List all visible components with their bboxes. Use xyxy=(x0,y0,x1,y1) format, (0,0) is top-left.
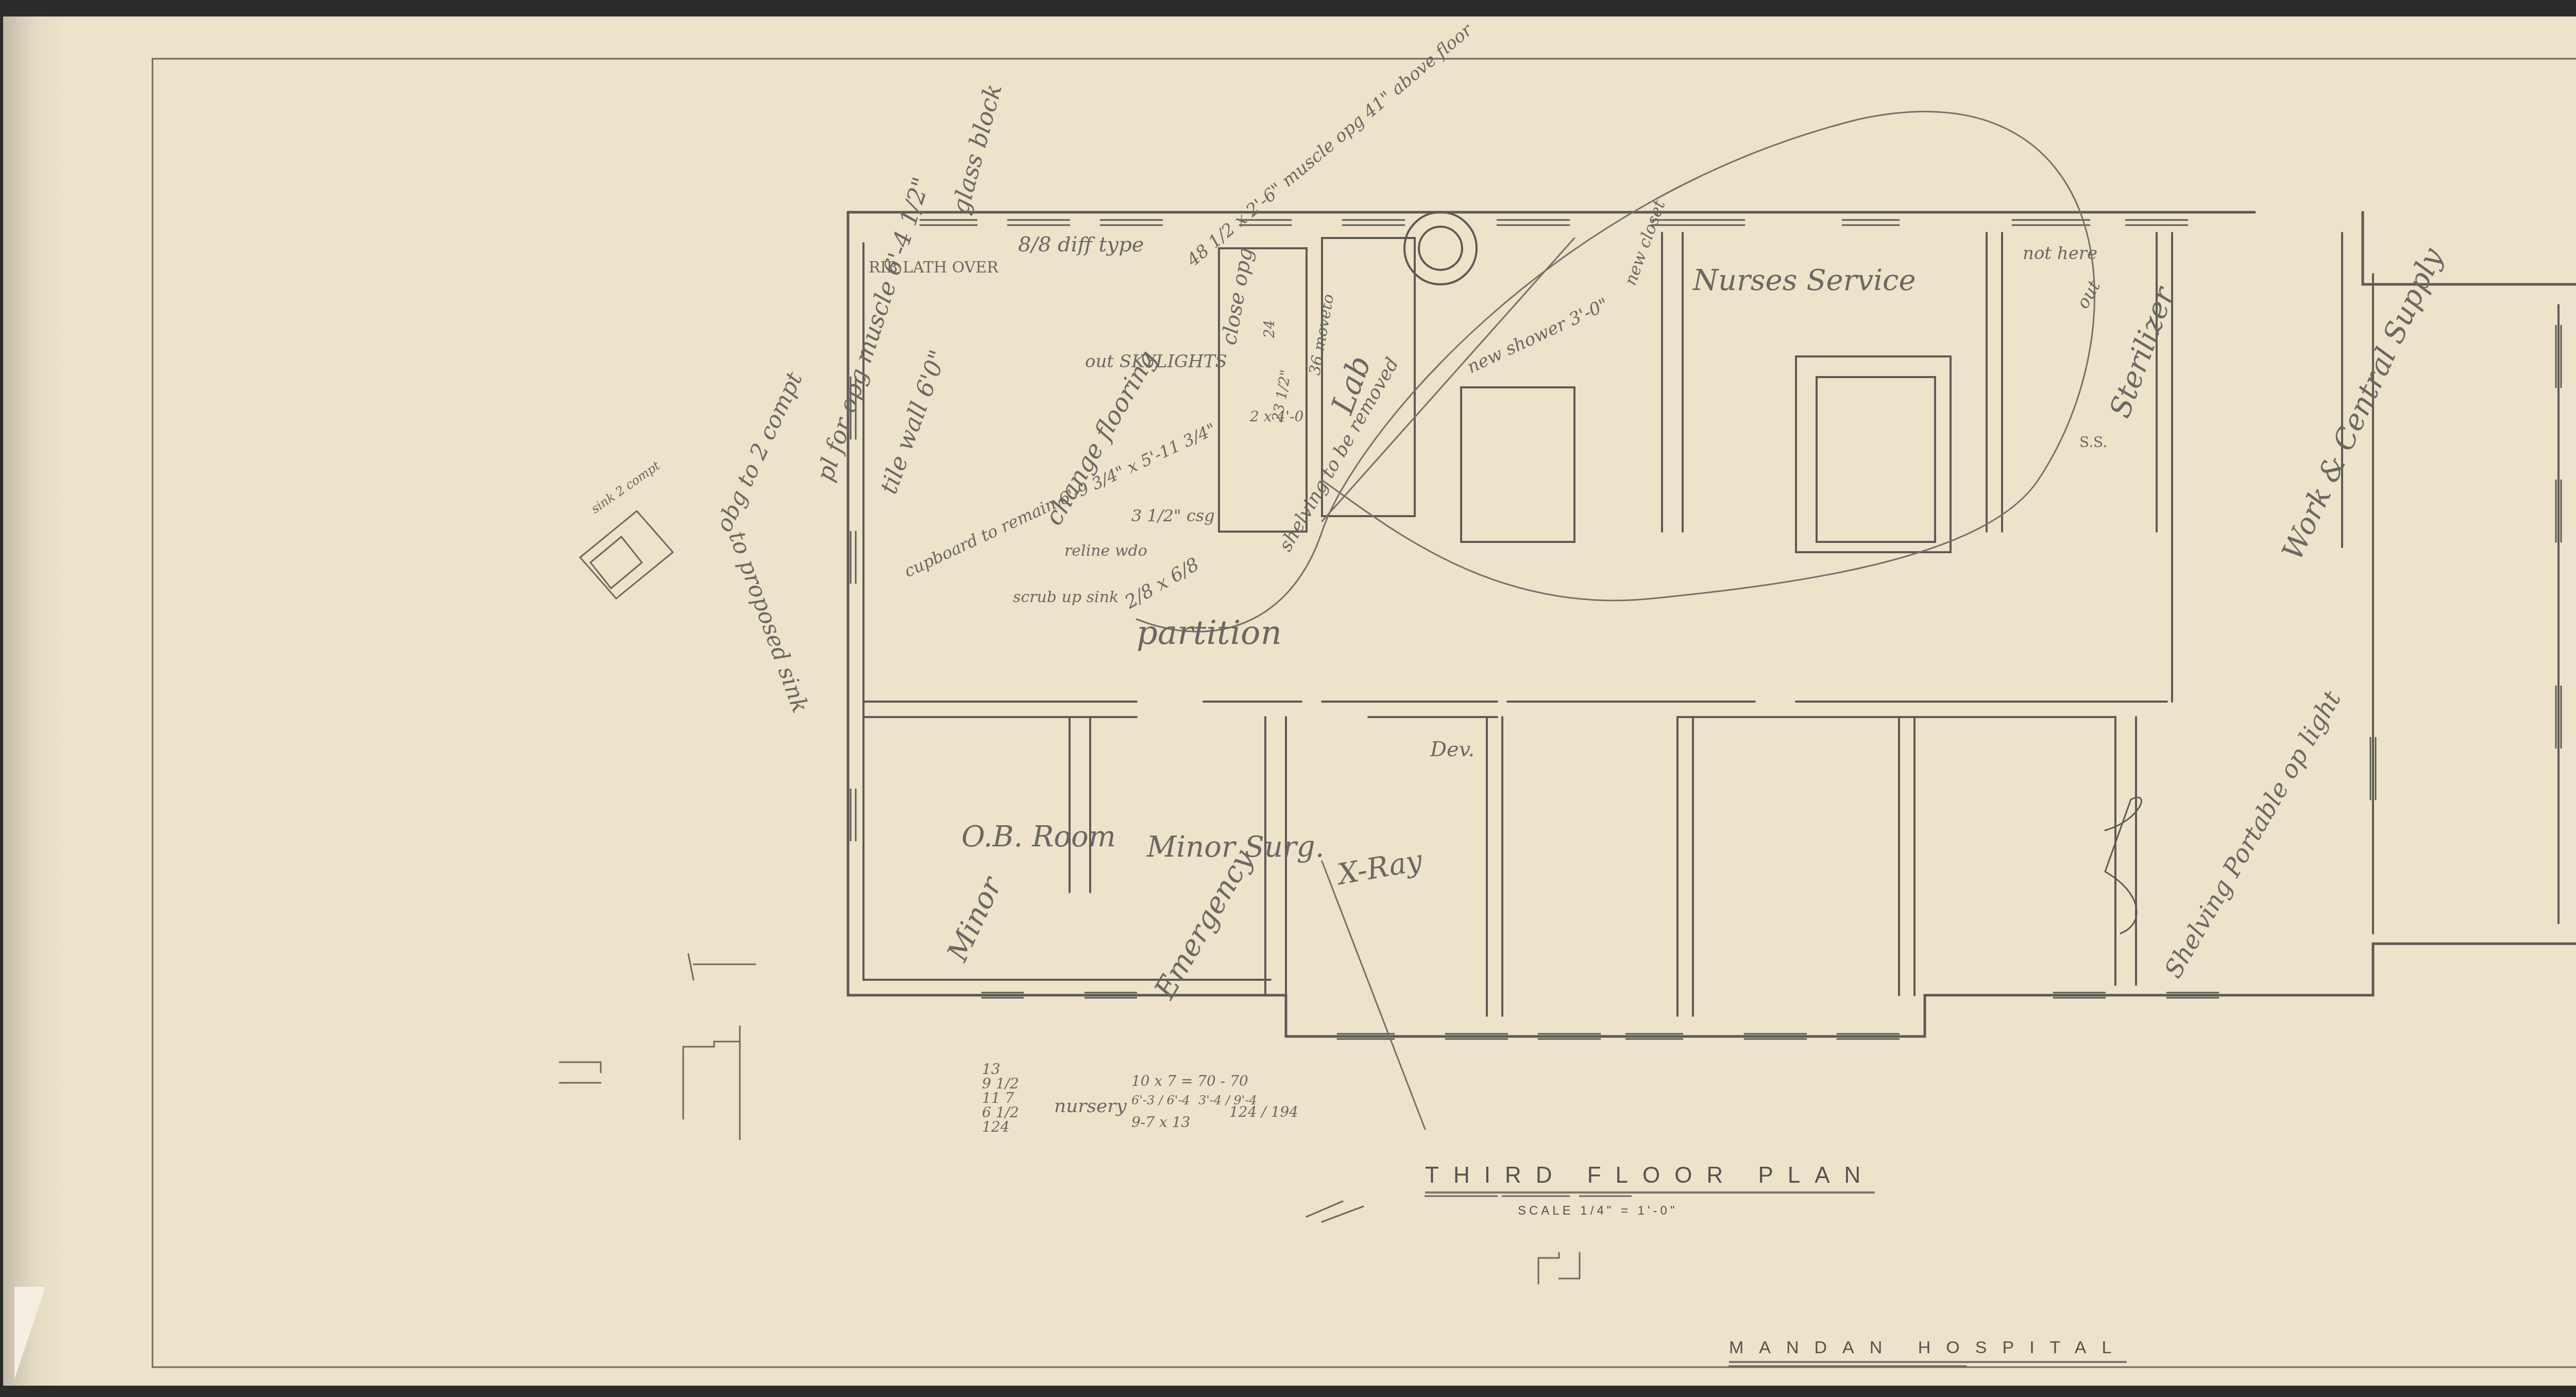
room-label-dev: Dev. xyxy=(1430,738,1475,761)
calc-row1: 10 x 7 = 70 - 70 xyxy=(1131,1072,1248,1089)
folded-corner xyxy=(14,1287,45,1379)
note-reline-wdo: reline wdo xyxy=(1064,542,1147,560)
note-out-skylights: out SKYLIGHTS xyxy=(1085,351,1227,372)
calc-product: 9-7 x 13 xyxy=(1131,1114,1190,1131)
note-dims-24: 24 xyxy=(1261,320,1278,338)
note-scrub-up-sink: scrub up sink xyxy=(1013,588,1118,606)
drawing-title: THIRD FLOOR PLAN xyxy=(1425,1163,1875,1194)
calc-result: 124 / 194 xyxy=(1229,1103,1298,1120)
calc-fraction-a: 6'-3 / 6'-4 xyxy=(1131,1093,1190,1108)
note-partition: partition xyxy=(1137,614,1282,652)
drawing-sheet: O.B. Room Minor Surg. X-Ray Nurses Servi… xyxy=(3,16,2576,1386)
room-label-nurses-service: Nurses Service xyxy=(1693,264,1916,297)
note-not-here: not here xyxy=(2023,243,2097,264)
room-label-ob-room: O.B. Room xyxy=(961,820,1116,854)
drawing-scale: SCALE 1/4" = 1'-0" xyxy=(1518,1204,1677,1218)
note-casing: 3 1/2" csg xyxy=(1131,506,1215,525)
calc-column: 13 9 1/2 11 7 6 1/2 124 xyxy=(982,1062,1019,1134)
note-ss: S.S. xyxy=(2079,434,2107,451)
project-name: MANDAN HOSPITAL xyxy=(1729,1338,2127,1363)
calc-label-nursery: nursery xyxy=(1054,1096,1127,1117)
note-diff-type: 8/8 diff type xyxy=(1018,233,1144,257)
floor-plan-drawing xyxy=(3,16,2576,1386)
